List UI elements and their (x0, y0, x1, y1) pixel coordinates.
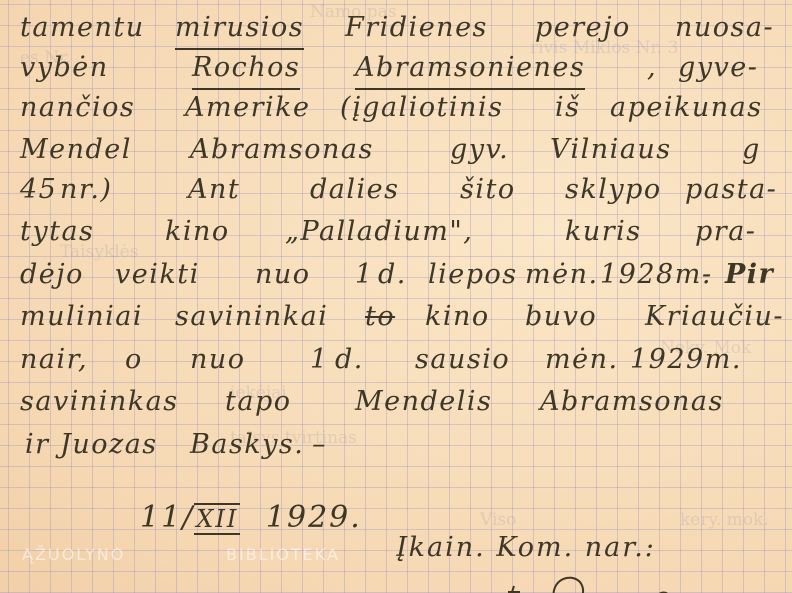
word: gyv. (450, 130, 509, 170)
date-year: 1929. (266, 500, 362, 535)
library-watermark: BIBLIOTEKA (226, 545, 340, 564)
word: Fridienes (345, 8, 488, 48)
bleed-through-text: Viso (480, 510, 516, 530)
word: Abramsonas (190, 130, 374, 170)
bleed-through-text: kery. mok. (680, 510, 769, 530)
word: savininkas (20, 382, 179, 422)
word: apeikunas (610, 88, 763, 128)
word: nančios (20, 88, 135, 128)
underlined-word: mirusios (175, 8, 304, 50)
manuscript-line-1: tamentu mirusios Fridienes perejo nuosa- (20, 8, 782, 48)
word: Juozas (60, 425, 158, 465)
word: (įgaliotinis (340, 88, 503, 128)
word: nuo (190, 340, 246, 380)
date-slash: / (182, 500, 194, 535)
word: nair, (20, 340, 88, 380)
word: tapo (225, 382, 292, 422)
word: „Palladium", (285, 212, 473, 252)
manuscript-line-7: dėjo veikti nuo 1 d. liepos mėn. 1928m. … (20, 255, 782, 295)
word: liepos (428, 255, 518, 295)
word: dalies (310, 170, 400, 210)
library-watermark: ĄŽUOLYNO (22, 545, 125, 564)
word: 45 (20, 170, 57, 210)
manuscript-line-11: ir Juozas Baskys. – (20, 425, 782, 465)
word: , (647, 48, 657, 88)
word: tytas (20, 212, 94, 252)
word: veikti (115, 255, 200, 295)
word: dėjo (20, 255, 84, 295)
word: kino (165, 212, 230, 252)
word: 1 (310, 340, 329, 380)
word: muliniai (20, 297, 143, 337)
word: sklypo (565, 170, 662, 210)
manuscript-line-3: nančios Amerike (įgaliotinis iš apeikuna… (20, 88, 782, 128)
manuscript-line-9: nair, o nuo 1 d. sausio mėn. 1929m. (20, 340, 782, 380)
word: vybėn (20, 48, 109, 88)
manuscript-line-2: vybėn Rochos Abramsonienes , gyve- (20, 48, 782, 88)
word: d. (378, 255, 407, 295)
word: nuo (255, 255, 311, 295)
word: Ant (188, 170, 240, 210)
underlined-word: Rochos (192, 48, 300, 90)
underlined-word: Abramsonienes (355, 48, 585, 90)
word: šito (460, 170, 516, 210)
date-day: 11 (140, 500, 182, 535)
word: sausio (415, 340, 510, 380)
manuscript-line-4: Mendel Abramsonas gyv. Vilniaus g (20, 130, 782, 170)
struck-word: to (365, 297, 395, 337)
word: mėn. (545, 340, 619, 380)
word: pra- (695, 212, 756, 252)
signature-label: Įkain. Kom. nar.: (396, 532, 656, 563)
word: 1928m. (600, 255, 712, 295)
word: 1929m. (630, 340, 742, 380)
word: savininkai (175, 297, 328, 337)
word: d. (335, 340, 364, 380)
word: Baskys. (190, 425, 304, 465)
manuscript-line-8: muliniai savininkai to kino buvo Kriauči… (20, 297, 782, 337)
word: kuris (565, 212, 642, 252)
word: perejo (535, 8, 631, 48)
word: Vilniaus (550, 130, 672, 170)
word: kino (425, 297, 490, 337)
word: Kriaučiu- (645, 297, 784, 337)
word: 1 (355, 255, 374, 295)
signature-icon (470, 570, 670, 593)
document-date: 11/XII 1929. (140, 500, 362, 535)
word: o (125, 340, 143, 380)
word: Pir (725, 255, 774, 295)
word: Abramsonas (540, 382, 724, 422)
word: – (312, 425, 327, 465)
word: - (702, 255, 713, 295)
word: g (742, 130, 761, 170)
manuscript-line-5: 45 nr.) Ant dalies šito sklypo pasta- (20, 170, 782, 210)
word: nuosa- (675, 8, 774, 48)
word: buvo (525, 297, 597, 337)
word: Mendelis (355, 382, 492, 422)
word: iš (555, 88, 581, 128)
word: gyve- (678, 48, 758, 88)
word: ir (25, 425, 50, 465)
manuscript-page: Namo pas rivis Miklos Nr. 3 ęs Nr. Taisy… (0, 0, 792, 593)
word: tamentu (20, 8, 145, 48)
word: mėn. (525, 255, 599, 295)
manuscript-line-10: savininkas tapo Mendelis Abramsonas (20, 382, 782, 422)
word: pasta- (685, 170, 777, 210)
word: Amerike (185, 88, 310, 128)
word: nr.) (60, 170, 112, 210)
date-month-roman: XII (194, 503, 240, 535)
word: Mendel (20, 130, 132, 170)
manuscript-line-6: tytas kino „Palladium", kuris pra- (20, 212, 782, 252)
